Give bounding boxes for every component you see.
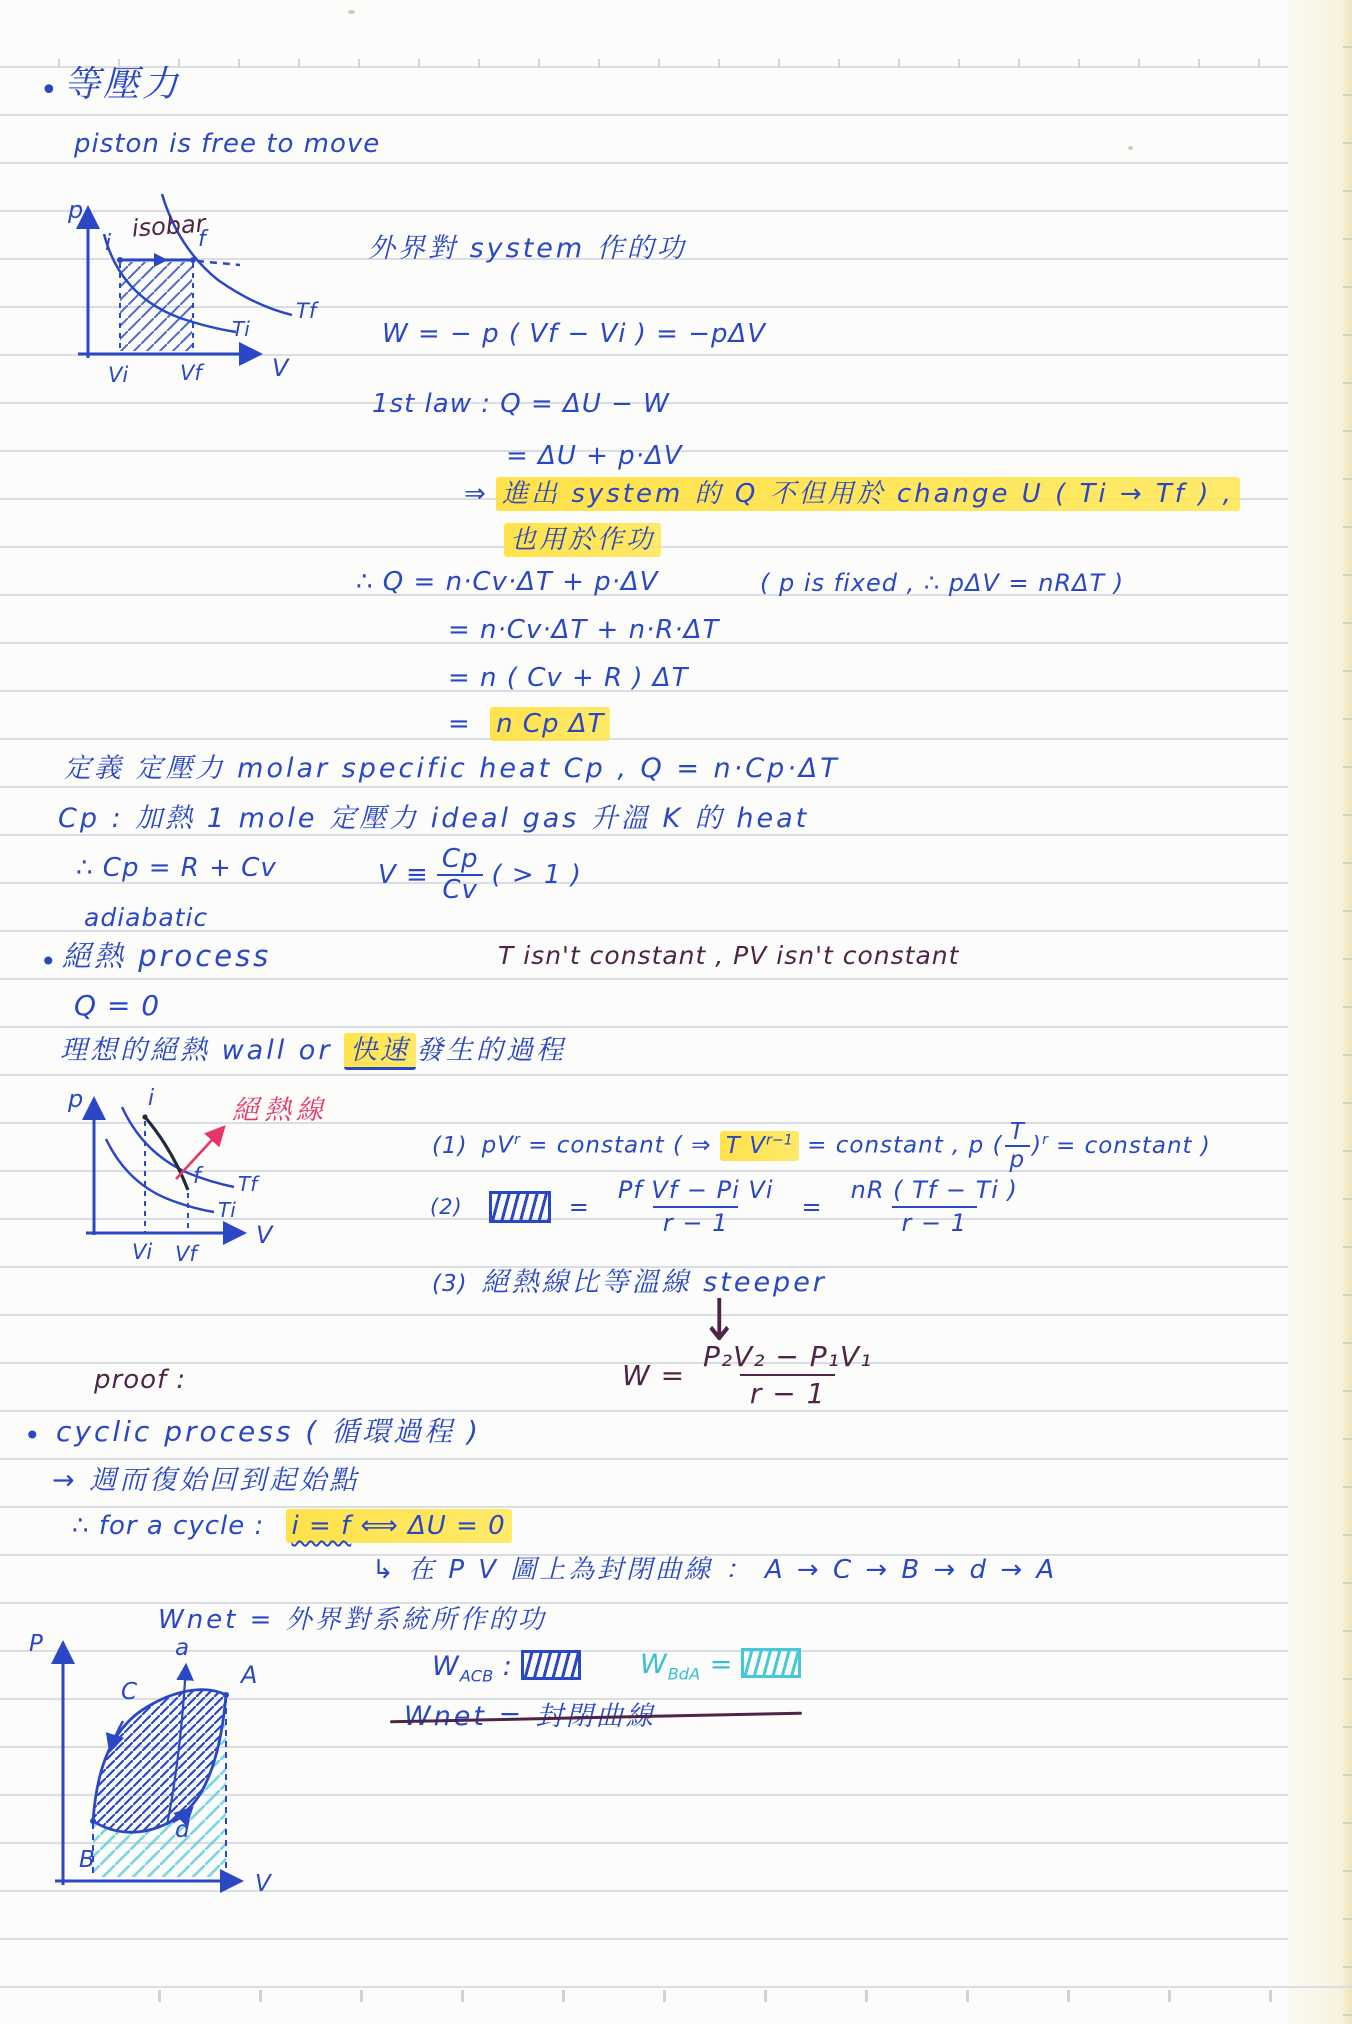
eq-q-expansion: ∴ Q = n·Cv·ΔT + p·ΔV bbox=[356, 566, 658, 599]
work-definition: 外界對 system 作的功 bbox=[368, 232, 687, 266]
adiabatic-wall-line: 理想的絕熱 wall or 快速發生的過程 bbox=[60, 1034, 566, 1068]
bullet-cyclic: • bbox=[24, 1418, 42, 1453]
path-a-label: a bbox=[175, 1635, 189, 1661]
pfvf-fraction: Pf Vf − Pi Vir − 1 bbox=[608, 1178, 784, 1236]
vi-label: Vi bbox=[108, 363, 128, 387]
v-axis-label: V bbox=[255, 1871, 273, 1897]
equals-sign: = bbox=[569, 1192, 590, 1222]
gamma-definition: V ≡CpCv( > 1 ) bbox=[378, 846, 582, 905]
p2v2-fraction: P₂V₂ − P₁V₁r − 1 bbox=[693, 1342, 882, 1409]
eq-q-step2: = n·Cv·ΔT + n·R·ΔT bbox=[448, 614, 719, 647]
nrt-fraction: nR ( Tf − Ti )r − 1 bbox=[841, 1178, 1028, 1236]
point-B bbox=[90, 1818, 96, 1824]
gamma-exponent-2: r bbox=[1042, 1132, 1048, 1148]
point-i-label: i bbox=[105, 231, 111, 256]
tv-exponent: r−1 bbox=[766, 1132, 793, 1148]
implies-arrow: ⇒ bbox=[464, 479, 487, 509]
point-C-label: C bbox=[121, 1679, 137, 1705]
eq-number: (1) bbox=[432, 1133, 468, 1159]
isobar-extension-dashed bbox=[197, 261, 240, 265]
point-i-label: i bbox=[148, 1086, 154, 1111]
adiabatic-note: T isn't constant , PV isn't constant bbox=[498, 940, 959, 971]
right-margin-band bbox=[1288, 0, 1344, 2024]
highlight-tv-gamma: T Vr−1 bbox=[720, 1131, 799, 1161]
p-axis-label: p bbox=[67, 1085, 83, 1113]
adiabat-line bbox=[145, 1117, 188, 1190]
eq-mid: = constant ( ⇒ bbox=[520, 1133, 720, 1159]
v-axis-label: V bbox=[256, 1221, 274, 1249]
section-title-isobaric: 等壓力 bbox=[64, 62, 181, 107]
pv-gamma: pV bbox=[482, 1133, 514, 1159]
vf-label: Vf bbox=[180, 361, 205, 385]
fraction-numerator: Cp bbox=[437, 846, 484, 874]
fraction-denominator: r − 1 bbox=[740, 1374, 836, 1408]
wacb-hatch-box bbox=[521, 1650, 581, 1680]
point-i bbox=[142, 1114, 147, 1119]
point-i bbox=[117, 257, 123, 263]
adiabat-label: 絕熱線 bbox=[232, 1095, 328, 1126]
eq-first-law-2: = ΔU + p·ΔV bbox=[506, 440, 683, 473]
section-title-adiabatic: 絕熱 process bbox=[62, 938, 271, 974]
point-f bbox=[190, 257, 196, 263]
eq-adiabatic-1: (1)pVr = constant ( ⇒ T Vr−1 = constant … bbox=[432, 1120, 1211, 1172]
smudge bbox=[1128, 146, 1133, 150]
conclusion-highlighted-2: 也用於作功 bbox=[504, 524, 661, 557]
eq-q-note: ( p is fixed , ∴ pΔV = nRΔT ) bbox=[760, 568, 1124, 598]
highlight-ncp-dt: n Cp ΔT bbox=[490, 707, 610, 741]
w-equals: W = bbox=[622, 1358, 685, 1393]
notebook-page: • 等壓力 piston is free to move p V i f iso… bbox=[0, 0, 1352, 2024]
eq-adiabatic-3: (3)絕熱線比等溫線 steeper bbox=[432, 1266, 827, 1300]
eq-q-step3: = n ( Cv + R ) ΔT bbox=[448, 662, 688, 695]
highlight-q-usage: 進出 system 的 Q 不但用於 change U ( Ti → Tf ) … bbox=[496, 477, 1240, 511]
cyclic-line1: → 週而復始回到起始點 bbox=[52, 1464, 359, 1498]
ti-label: Ti bbox=[218, 1198, 236, 1222]
wbda-subscript: BdA bbox=[668, 1664, 700, 1683]
point-A-label: A bbox=[239, 1661, 257, 1689]
adiabatic-en-label: adiabatic bbox=[84, 902, 208, 933]
pv-diagram-isobar: p V i f isobar Ti Tf Vi Vf bbox=[50, 188, 320, 408]
bullet-adiabatic: • bbox=[40, 944, 58, 979]
bottom-rule-line bbox=[0, 1986, 1352, 1988]
next-page-edge bbox=[1343, 0, 1352, 2024]
point-B-label: B bbox=[79, 1847, 95, 1873]
wacb-colon: : bbox=[503, 1651, 513, 1682]
wbda-term: WBdA = bbox=[640, 1648, 809, 1685]
vf-label: Vf bbox=[175, 1242, 200, 1266]
fraction-denominator: r − 1 bbox=[653, 1206, 739, 1236]
for-a-cycle: ∴ for a cycle : bbox=[72, 1511, 264, 1541]
point-A bbox=[223, 1692, 229, 1698]
wacb-base: W bbox=[432, 1651, 460, 1682]
p-axis-label: p bbox=[67, 196, 83, 224]
point-f-label: f bbox=[193, 1164, 204, 1189]
gamma-lhs: V ≡ bbox=[378, 860, 429, 890]
wall-text-pre: 理想的絕熱 wall or bbox=[60, 1035, 344, 1066]
cp-relation: ∴ Cp = R + Cv bbox=[76, 852, 277, 885]
vi-label: Vi bbox=[132, 1240, 152, 1264]
bottom-tick-marks bbox=[60, 1990, 1290, 2002]
wbda-base: W bbox=[640, 1649, 668, 1680]
fraction-denominator: Cv bbox=[437, 874, 483, 904]
fraction-denominator: r − 1 bbox=[892, 1206, 978, 1236]
highlight-rapid: 快速 bbox=[344, 1033, 416, 1070]
point-d-label: d bbox=[175, 1817, 190, 1843]
work-hatch-box bbox=[489, 1191, 551, 1223]
q-equals-zero: Q = 0 bbox=[74, 988, 160, 1023]
smudge bbox=[348, 10, 355, 14]
proof-label: proof : bbox=[94, 1364, 186, 1397]
isobaric-subtitle: piston is free to move bbox=[74, 128, 380, 161]
eq-number: (2) bbox=[430, 1194, 463, 1220]
isobar-label: isobar bbox=[131, 209, 209, 242]
fraction-denominator: p bbox=[1005, 1145, 1031, 1172]
eq-number: (3) bbox=[432, 1271, 468, 1297]
tf-label: Tf bbox=[238, 1172, 260, 1196]
eq-mid2: = constant , p ( bbox=[799, 1133, 1003, 1159]
pv-diagram-cycle: P V A C B d a bbox=[25, 1625, 345, 1905]
conclusion-highlighted: ⇒ 進出 system 的 Q 不但用於 change U ( Ti → Tf … bbox=[464, 478, 1240, 511]
fraction-numerator: T bbox=[1005, 1120, 1030, 1145]
cp-definition-line2: Cp : 加熱 1 mole 定壓力 ideal gas 升溫 K 的 heat bbox=[58, 802, 809, 836]
bullet-isobaric: • bbox=[40, 72, 59, 110]
tf-label: Tf bbox=[296, 299, 320, 323]
du-zero: ⟺ ΔU = 0 bbox=[360, 1511, 505, 1541]
pv-diagram-adiabat: p V i f Tf Ti Vi Vf 絕熱線 bbox=[48, 1083, 358, 1298]
cyclic-line2: ∴ for a cycle : i = f ⟺ ΔU = 0 bbox=[72, 1510, 512, 1543]
highlight-cycle-condition: i = f ⟺ ΔU = 0 bbox=[286, 1509, 512, 1543]
t-over-p-fraction: Tp bbox=[1005, 1120, 1031, 1172]
wall-text-post: 發生的過程 bbox=[416, 1035, 566, 1066]
top-tick-marks bbox=[0, 59, 1288, 68]
wacb-subscript: ACB bbox=[460, 1666, 493, 1685]
ti-label: Ti bbox=[232, 317, 250, 341]
v-axis-label: V bbox=[272, 354, 290, 382]
section-title-cyclic: cyclic process ( 循環過程 ) bbox=[56, 1414, 481, 1449]
fraction-numerator: nR ( Tf − Ti ) bbox=[841, 1178, 1028, 1206]
equals-sign-2: = bbox=[802, 1192, 823, 1222]
cyclic-line3: ↳ 在 P V 圖上為封閉曲線 ： A → C → B → d → A bbox=[372, 1554, 1057, 1587]
fraction-numerator: P₂V₂ − P₁V₁ bbox=[693, 1342, 882, 1374]
p-axis-label: P bbox=[29, 1631, 43, 1657]
cp-cv-fraction: CpCv bbox=[437, 846, 484, 905]
cp-definition-line1: 定義 定壓力 molar specific heat Cp , Q = n·Cp… bbox=[64, 752, 840, 786]
fraction-numerator: Pf Vf − Pi Vi bbox=[608, 1178, 784, 1206]
eq-work: W = − p ( Vf − Vi ) = −pΔV bbox=[382, 318, 766, 351]
equals-sign: = bbox=[448, 709, 471, 739]
wbda-equals: = bbox=[710, 1649, 734, 1680]
eq-q-result: = n Cp ΔT bbox=[448, 708, 610, 741]
close-paren: ) bbox=[1032, 1133, 1042, 1159]
highlight-also-work: 也用於作功 bbox=[504, 523, 661, 557]
tv-base: T V bbox=[726, 1133, 766, 1159]
greater-than-one: ( > 1 ) bbox=[492, 860, 582, 890]
steeper-note: 絕熱線比等溫線 steeper bbox=[482, 1267, 827, 1298]
wbda-hatch-box bbox=[741, 1648, 801, 1678]
eq-tail: = constant ) bbox=[1056, 1133, 1211, 1159]
eq-first-law: 1st law : Q = ΔU − W bbox=[372, 388, 670, 421]
wacb-term: WACB : bbox=[432, 1650, 589, 1687]
eq-work-adiabatic: W =P₂V₂ − P₁V₁r − 1 bbox=[622, 1342, 890, 1409]
eq-adiabatic-2: (2)=Pf Vf − Pi Vir − 1=nR ( Tf − Ti )r −… bbox=[430, 1178, 1036, 1236]
i-equals-f: i = f bbox=[292, 1511, 352, 1541]
